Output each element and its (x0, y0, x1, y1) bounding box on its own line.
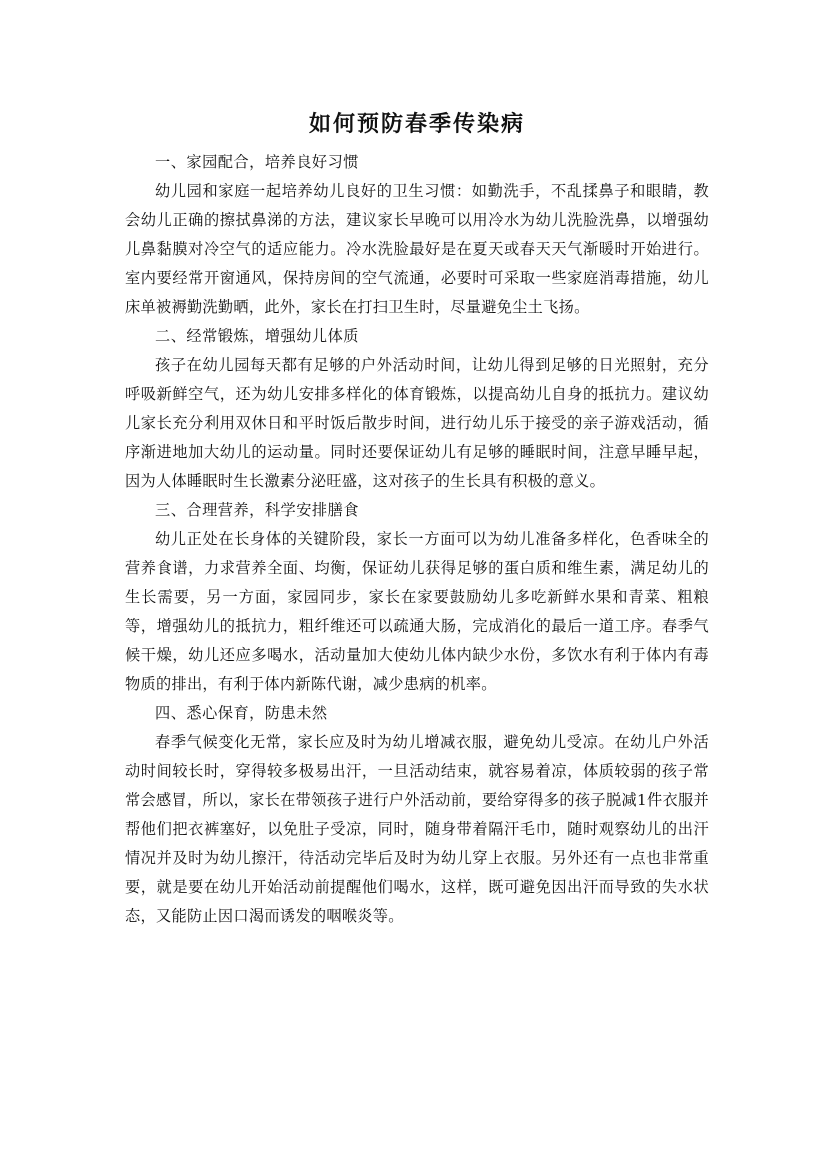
section-paragraph-1: 幼儿园和家庭一起培养幼儿良好的卫生习惯：如勤洗手，不乱揉鼻子和眼睛，教会幼儿正确… (125, 177, 709, 322)
section-heading-4: 四、悉心保育，防患未然 (125, 699, 709, 728)
section-heading-2: 二、经常锻炼，增强幼儿体质 (125, 322, 709, 351)
section-paragraph-2: 孩子在幼儿园每天都有足够的户外活动时间，让幼儿得到足够的日光照射，充分呼吸新鲜空… (125, 351, 709, 496)
document-body: 一、家园配合，培养良好习惯 幼儿园和家庭一起培养幼儿良好的卫生习惯：如勤洗手，不… (125, 148, 709, 931)
section-paragraph-3: 幼儿正处在长身体的关键阶段，家长一方面可以为幼儿准备多样化，色香味全的营养食谱，… (125, 525, 709, 699)
section-heading-3: 三、合理营养，科学安排膳食 (125, 496, 709, 525)
section-heading-1: 一、家园配合，培养良好习惯 (125, 148, 709, 177)
document-title: 如何预防春季传染病 (125, 108, 709, 140)
section-paragraph-4: 春季气候变化无常，家长应及时为幼儿增减衣服，避免幼儿受凉。在幼儿户外活动时间较长… (125, 728, 709, 931)
